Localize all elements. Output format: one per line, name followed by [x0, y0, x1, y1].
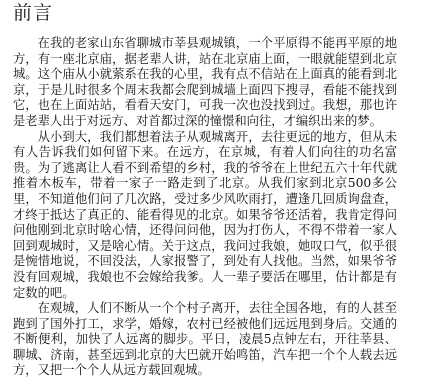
document-title: 前言: [13, 1, 53, 25]
document-page: 前言 在我的老家山东省聊城市莘县观城镇，一个平原得不能再平原的地方，有一座北京庙…: [0, 0, 447, 385]
document-body: 在我的老家山东省聊城市莘县观城镇，一个平原得不能再平原的地方，有一座北京庙，据老…: [13, 36, 397, 379]
paragraph: 从小到大，我们都想着法子从观城离开，去往更远的地方，但从未有人告诉我们如何留下来…: [13, 130, 397, 302]
paragraph: 在观城，人们不断从一个个村子离开，去往全国各地，有的人甚至跑到了国外打工，求学，…: [13, 301, 397, 379]
paragraph: 在我的老家山东省聊城市莘县观城镇，一个平原得不能再平原的地方，有一座北京庙，据老…: [13, 36, 397, 130]
